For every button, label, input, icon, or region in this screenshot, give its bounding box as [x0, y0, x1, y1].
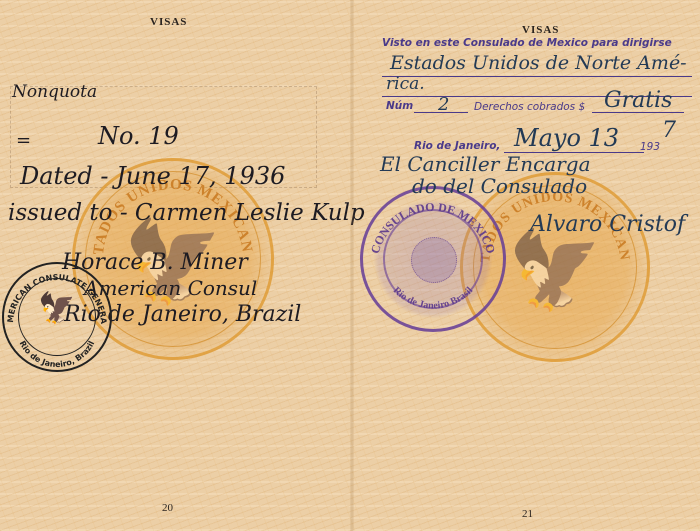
svg-text:Rio de Janeiro Brasil: Rio de Janeiro Brasil: [391, 285, 476, 312]
american-consulate-stamp: AMERICAN CONSULATE GENERAL Rio de Janeir…: [2, 262, 112, 372]
page-heading: VISAS: [150, 16, 187, 28]
us-eagle-stamp-icon: 🦅: [38, 294, 75, 324]
page-number: 20: [162, 502, 173, 514]
handwriting-issued-to: issued to - Carmen Leslie Kulp: [8, 200, 365, 226]
mexican-consulate-stamp: CONSULADO DE MEXICO Rio de Janeiro Brasi…: [360, 186, 506, 332]
visa-page-right: VISAS Visto en este Consulado de Mexico …: [352, 0, 700, 531]
handwriting-signer-title-1: El Canciller Encarga: [380, 152, 591, 176]
handwriting-date: Mayo 13: [514, 124, 619, 152]
handwriting-year-suffix: 7: [662, 118, 676, 143]
handwriting-signer-title-2: do del Consulado: [412, 174, 587, 198]
eagle-icon: 🦅: [508, 233, 603, 309]
printed-year-prefix: 193: [640, 141, 660, 153]
handwriting-date: Dated - June 17, 1936: [20, 162, 285, 190]
printed-num-label: Núm: [386, 100, 413, 112]
form-line: [382, 76, 692, 77]
printed-fees-label: Derechos cobrados $: [474, 101, 585, 113]
svg-text:Rio de Janeiro, Brazil: Rio de Janeiro, Brazil: [18, 339, 97, 369]
handwriting-destination-2: rica.: [386, 74, 425, 94]
passport-spread: VISAS ESTADOS UNIDOS MEXICANOS 🦅 Nonquot…: [0, 0, 700, 531]
handwriting-consul-title: American Consul: [84, 276, 257, 300]
handwriting-fees: Gratis: [604, 88, 672, 113]
page-heading: VISAS: [522, 24, 559, 36]
mexican-consulate-stamp-icon: [411, 237, 457, 283]
handwriting-equals: =: [16, 130, 31, 151]
visa-page-left: VISAS ESTADOS UNIDOS MEXICANOS 🦅 Nonquot…: [0, 0, 352, 531]
handwriting-number: No. 19: [98, 122, 179, 150]
printed-place-label: Rio de Janeiro,: [414, 140, 500, 152]
page-number: 21: [522, 508, 533, 520]
handwriting-destination-1: Estados Unidos de Norte Amé-: [390, 52, 687, 74]
handwriting-visa-number: 2: [438, 94, 449, 115]
printed-visa-statement: Visto en este Consulado de Mexico para d…: [382, 37, 672, 49]
handwriting-nonquota: Nonquota: [12, 82, 97, 102]
handwriting-signature: Alvaro Cristof: [530, 212, 685, 237]
